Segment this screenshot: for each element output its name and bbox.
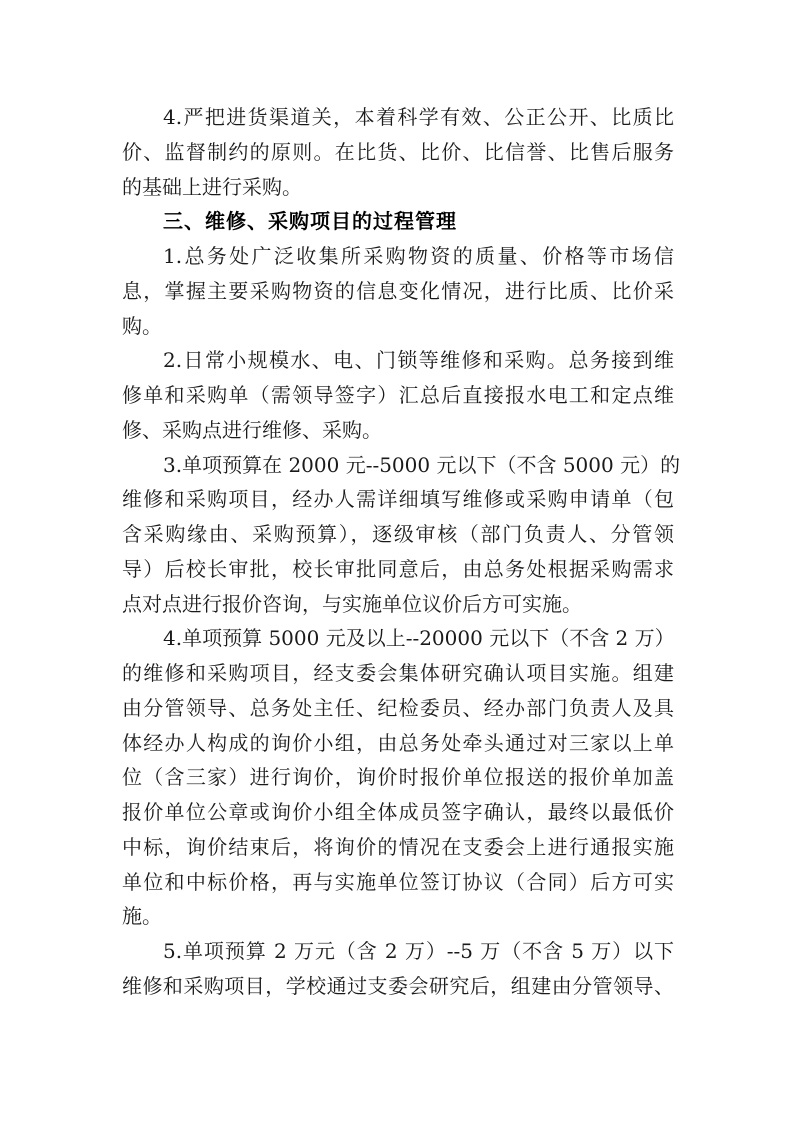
text-line: 报价单位公章或询价小组全体成员签字确认，最终以最低价 bbox=[122, 795, 674, 830]
text-line: 1.总务处广泛收集所采购物资的质量、价格等市场信 bbox=[122, 239, 674, 274]
text-line: 息，掌握主要采购物资的信息变化情况，进行比质、比价采 bbox=[122, 274, 674, 309]
text-line: 施。 bbox=[122, 899, 674, 934]
text-line: 修单和采购单（需领导签字）汇总后直接报水电工和定点维 bbox=[122, 378, 674, 413]
text-line: 5.单项预算 2 万元（含 2 万）--5 万（不含 5 万）以下 bbox=[122, 934, 674, 969]
text-line: 3.单项预算在 2000 元--5000 元以下（不含 5000 元）的 bbox=[122, 448, 674, 483]
document-page: 4.严把进货渠道关，本着科学有效、公正公开、比质比 价、监督制约的原则。在比货、… bbox=[122, 100, 674, 1004]
text-line: 4.单项预算 5000 元及以上--20000 元以下（不含 2 万） bbox=[122, 621, 674, 656]
paragraph-item-4-budget-5000-20000: 4.单项预算 5000 元及以上--20000 元以下（不含 2 万） 的维修和… bbox=[122, 621, 674, 934]
text-line: 含采购缘由、采购预算），逐级审核（部门负责人、分管领 bbox=[122, 517, 674, 552]
text-line: 体经办人构成的询价小组，由总务处牵头通过对三家以上单 bbox=[122, 726, 674, 761]
text-line: 2.日常小规模水、电、门锁等维修和采购。总务接到维 bbox=[122, 343, 674, 378]
text-line: 的基础上进行采购。 bbox=[122, 170, 674, 205]
text-line: 购。 bbox=[122, 309, 674, 344]
text-line: 导）后校长审批，校长审批同意后，由总务处根据采购需求 bbox=[122, 552, 674, 587]
paragraph-item-5-budget-20k-50k: 5.单项预算 2 万元（含 2 万）--5 万（不含 5 万）以下 维修和采购项… bbox=[122, 934, 674, 1004]
paragraph-item-4-supply-channel: 4.严把进货渠道关，本着科学有效、公正公开、比质比 价、监督制约的原则。在比货、… bbox=[122, 100, 674, 204]
text-line: 维修和采购项目，学校通过支委会研究后，组建由分管领导、 bbox=[122, 969, 674, 1004]
text-line: 价、监督制约的原则。在比货、比价、比信誉、比售后服务 bbox=[122, 135, 674, 170]
text-line: 由分管领导、总务处主任、纪检委员、经办部门负责人及具 bbox=[122, 691, 674, 726]
section-heading: 三、维修、采购项目的过程管理 bbox=[122, 204, 674, 239]
paragraph-item-2-small-repairs: 2.日常小规模水、电、门锁等维修和采购。总务接到维 修单和采购单（需领导签字）汇… bbox=[122, 343, 674, 447]
text-line: 4.严把进货渠道关，本着科学有效、公正公开、比质比 bbox=[122, 100, 674, 135]
text-line: 修、采购点进行维修、采购。 bbox=[122, 413, 674, 448]
paragraph-item-1-market-info: 1.总务处广泛收集所采购物资的质量、价格等市场信 息，掌握主要采购物资的信息变化… bbox=[122, 239, 674, 343]
text-line: 的维修和采购项目，经支委会集体研究确认项目实施。组建 bbox=[122, 656, 674, 691]
text-line: 维修和采购项目，经办人需详细填写维修或采购申请单（包 bbox=[122, 482, 674, 517]
paragraph-item-3-budget-2000-5000: 3.单项预算在 2000 元--5000 元以下（不含 5000 元）的 维修和… bbox=[122, 448, 674, 622]
text-line: 位（含三家）进行询价，询价时报价单位报送的报价单加盖 bbox=[122, 760, 674, 795]
text-line: 中标，询价结束后，将询价的情况在支委会上进行通报实施 bbox=[122, 830, 674, 865]
text-line: 单位和中标价格，再与实施单位签订协议（合同）后方可实 bbox=[122, 865, 674, 900]
text-line: 点对点进行报价咨询，与实施单位议价后方可实施。 bbox=[122, 587, 674, 622]
